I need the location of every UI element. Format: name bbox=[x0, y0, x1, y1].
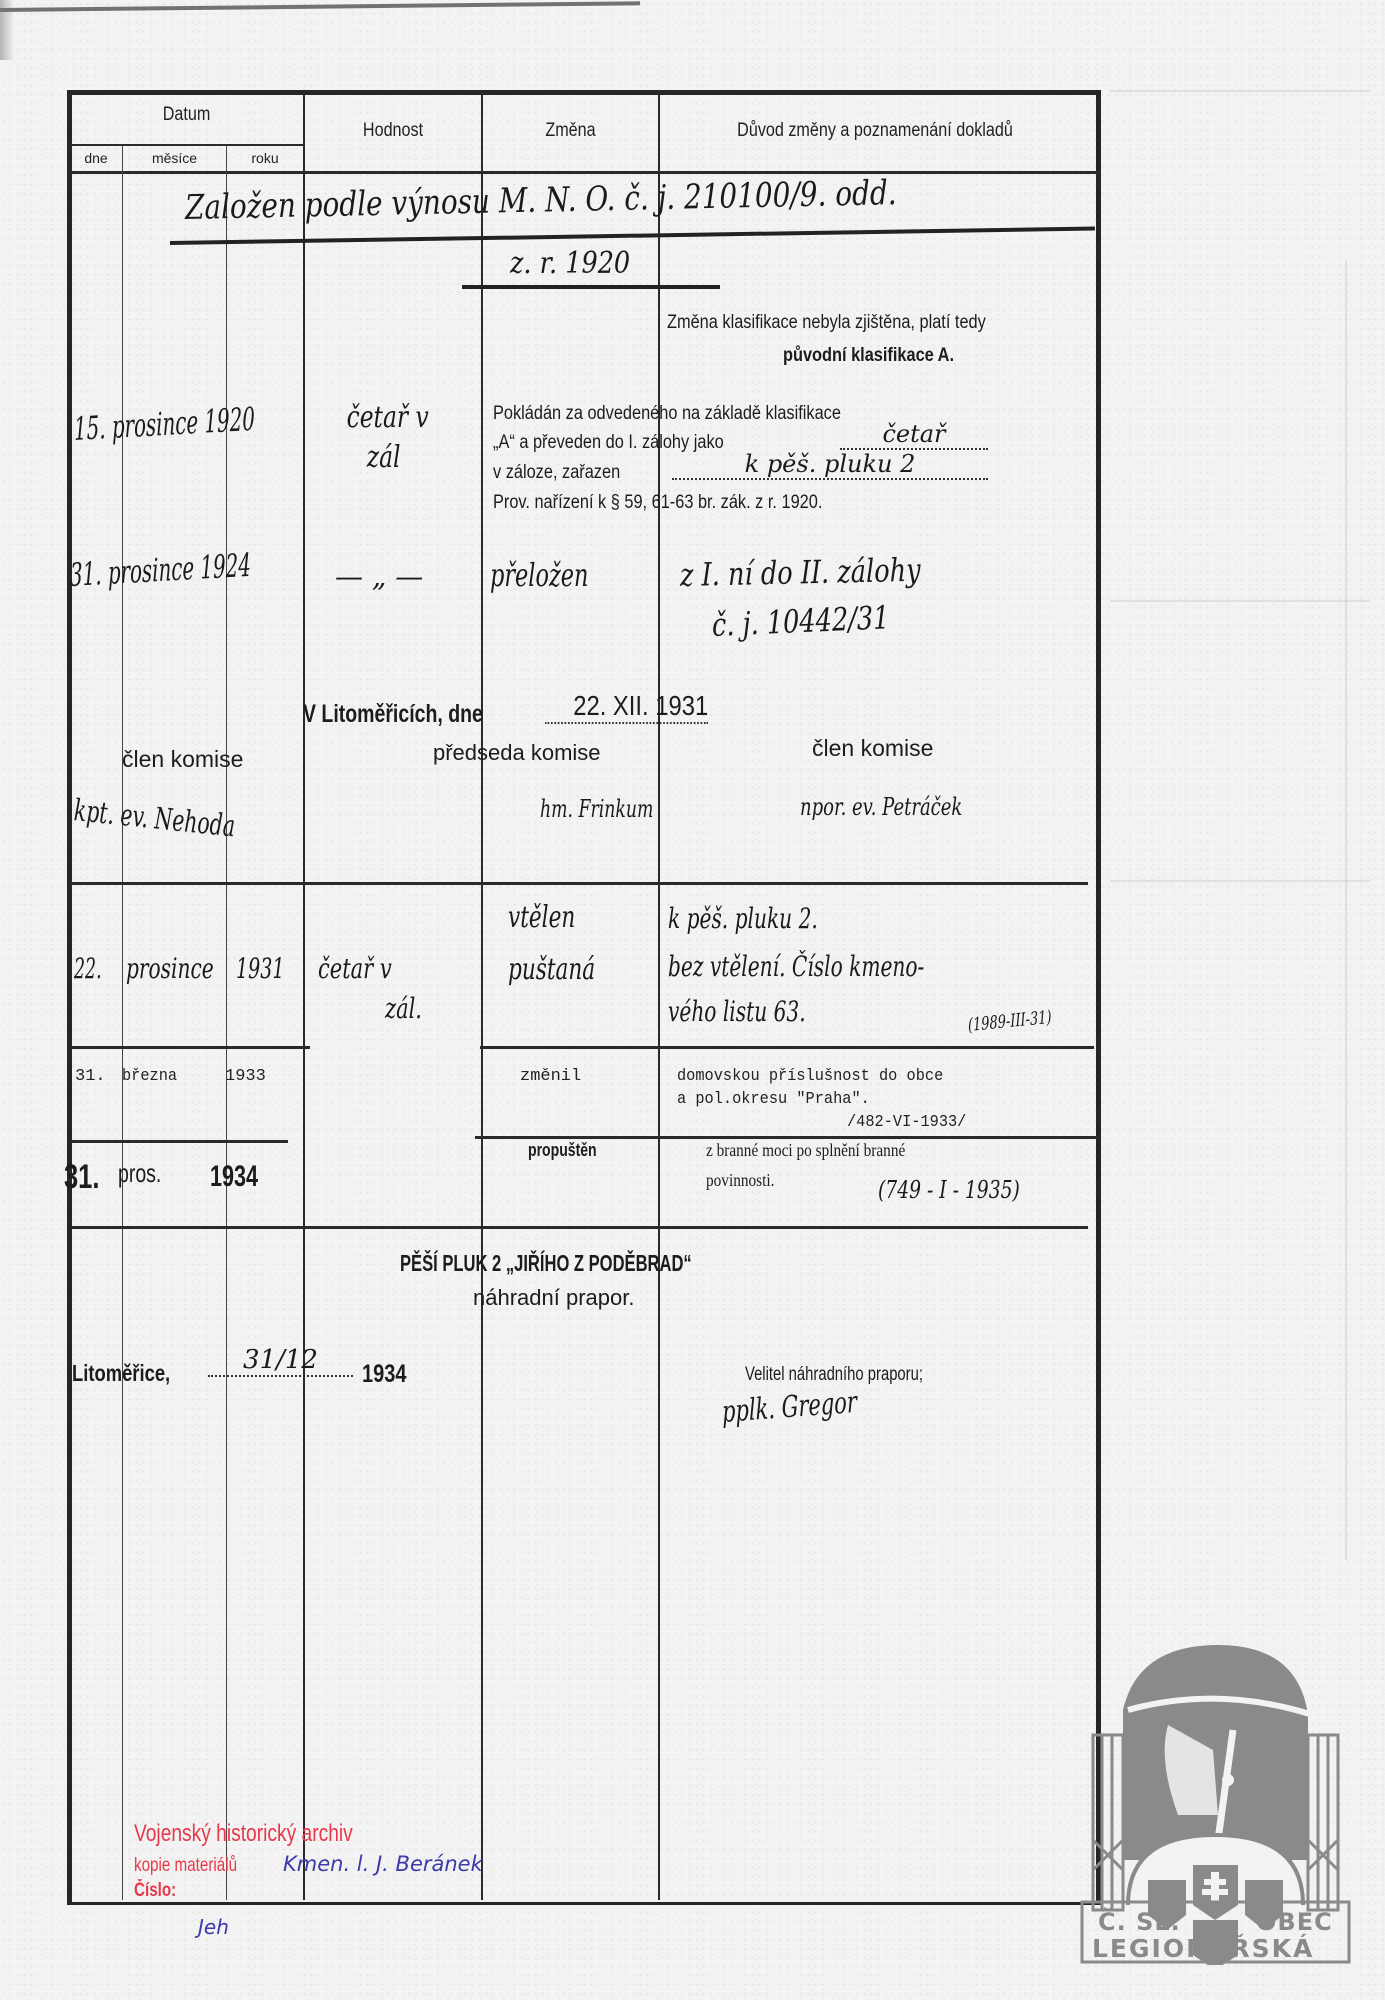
commander-label: Velitel náhradního praporu; bbox=[745, 1364, 923, 1386]
unit-stamp-line-2: náhradní prapor. bbox=[473, 1285, 634, 1311]
archive-stamp-material: Kmen. l. J. Beránek bbox=[283, 1852, 483, 1876]
row1-text-3: v záloze, zařazen bbox=[493, 462, 620, 484]
row4-reason-2: a pol.okresu "Praha". bbox=[677, 1090, 870, 1109]
row1-text-4: Prov. nařízení k § 59, 61-63 br. zák. z … bbox=[493, 492, 822, 514]
archive-stamp-initials: Jeh bbox=[198, 1915, 229, 1939]
row2-reason-2: č. j. 10442/31 bbox=[711, 598, 889, 644]
header-roku: roku bbox=[227, 150, 303, 166]
row1-unit-hand: k pěš. pluku 2 bbox=[672, 450, 988, 480]
col-divider-hodnost bbox=[481, 92, 483, 1900]
bleed-vline bbox=[1345, 260, 1347, 1560]
founded-year-underline bbox=[462, 285, 720, 289]
row5-date-month: pros. bbox=[118, 1158, 161, 1189]
commission-chairman-label: předseda komise bbox=[433, 740, 601, 766]
header-dne: dne bbox=[70, 150, 122, 166]
row2-reason-1: z I. ní do II. zálohy bbox=[680, 551, 921, 594]
row5-reason-2: povinnosti. bbox=[706, 1170, 774, 1191]
legion-logo: Č. SL. OBEC LEGIONÁŘSKÁ bbox=[1078, 1640, 1353, 1965]
col-divider-zmena bbox=[658, 92, 660, 1900]
row4-bottom-line-left bbox=[72, 1140, 288, 1143]
row3-rank-1: četař v bbox=[318, 952, 392, 985]
archive-stamp-line-2: kopie materiálů bbox=[134, 1855, 237, 1877]
commission-member-left-label: člen komise bbox=[122, 746, 243, 773]
row3-date-year: 1931 bbox=[236, 952, 284, 985]
header-datum: Datum bbox=[87, 104, 285, 126]
row5-reason-ref: (749 - I - 1935) bbox=[878, 1176, 1020, 1204]
row1-text-1: Pokládán za odvedeného na základě klasif… bbox=[493, 403, 841, 425]
archive-stamp-line-3: Číslo: bbox=[134, 1880, 176, 1902]
row5-reason-1: z branné moci po splnění branné bbox=[706, 1140, 905, 1161]
row3-reason-3: vého listu 63. bbox=[668, 995, 806, 1028]
unit-stamp-line-1: PĚŠÍ PLUK 2 „JIŘÍHO Z PODĚBRAD“ bbox=[400, 1250, 692, 1277]
logo-text-left: Č. SL. bbox=[1098, 1908, 1181, 1936]
row3-rank-2: zál. bbox=[385, 992, 422, 1025]
header-bottom-line bbox=[70, 171, 1098, 174]
bleed-line bbox=[1110, 600, 1370, 602]
row3-date-day: 22. bbox=[74, 952, 102, 985]
founded-year: z. r. 1920 bbox=[510, 246, 630, 281]
row3-bottom-line-left bbox=[70, 1046, 310, 1049]
header-duvod: Důvod změny a poznamenání dokladů bbox=[675, 120, 1075, 142]
classification-note-1: Změna klasifikace nebyla zjištěna, platí… bbox=[667, 312, 986, 334]
row3-change-2: puštaná bbox=[508, 952, 595, 987]
signature-chairman: hm. Frinkum bbox=[540, 795, 653, 823]
unit-stamp-date: 31/12 bbox=[208, 1345, 353, 1377]
header-hodnost: Hodnost bbox=[318, 120, 468, 142]
header-mesice: měsíce bbox=[123, 150, 226, 166]
page-top-edge bbox=[0, 1, 640, 12]
unit-stamp-place: Litoměřice, bbox=[72, 1360, 170, 1387]
row4-reason-1: domovskou příslušnost do obce bbox=[677, 1067, 943, 1086]
row1-rank-2: zál bbox=[367, 440, 401, 475]
row4-date-day: 31. bbox=[75, 1067, 106, 1086]
row3-date-month: prosince bbox=[126, 952, 214, 985]
row5-bottom-line bbox=[72, 1226, 1088, 1229]
unit-stamp-year: 1934 bbox=[362, 1360, 407, 1389]
commission-member-right-label: člen komise bbox=[812, 735, 933, 762]
datum-subheader-line bbox=[70, 144, 304, 146]
row4-reason-3: /482-VI-1933/ bbox=[847, 1113, 966, 1132]
row3-reason-2: bez vtělení. Číslo kmeno- bbox=[668, 950, 924, 983]
commission-bottom-line bbox=[70, 882, 1088, 885]
row2-rank-ditto: — „ — bbox=[335, 560, 423, 593]
row5-change: propuštěn bbox=[528, 1140, 597, 1161]
commission-place-label: V Litoměřicích, dne bbox=[303, 700, 483, 729]
page-corner-shadow bbox=[0, 0, 14, 60]
row1-rank-hand: četař bbox=[840, 420, 988, 450]
signature-right: npor. ev. Petráček bbox=[800, 793, 962, 821]
logo-text-right: OBEC bbox=[1256, 1908, 1333, 1936]
row2-change: přeložen bbox=[490, 556, 588, 594]
row4-date-month: března bbox=[122, 1067, 177, 1086]
row5-date-day: 31. bbox=[64, 1158, 99, 1197]
logo-text-bottom: LEGIONÁŘSKÁ bbox=[1092, 1934, 1314, 1963]
row3-bottom-line-right bbox=[480, 1046, 1094, 1049]
col-divider-roku bbox=[303, 92, 305, 1900]
row1-rank-1: četař v bbox=[347, 400, 429, 435]
classification-note-2: původní klasifikace A. bbox=[783, 345, 954, 367]
archive-stamp-line-1: Vojenský historický archiv bbox=[134, 1820, 353, 1848]
row4-bottom-line-right bbox=[475, 1136, 1098, 1139]
row4-date-year: 1933 bbox=[225, 1067, 266, 1086]
bleed-line bbox=[1110, 90, 1370, 92]
row3-change-1: vtělen bbox=[508, 900, 575, 935]
row5-date-year: 1934 bbox=[210, 1160, 258, 1194]
header-zmena: Změna bbox=[496, 120, 645, 142]
commission-date: 22. XII. 1931 bbox=[545, 690, 708, 724]
row4-change: změnil bbox=[520, 1067, 581, 1086]
bleed-line bbox=[1110, 880, 1370, 882]
bleed-text bbox=[340, 630, 350, 677]
row3-reason-1: k pěš. pluku 2. bbox=[668, 902, 818, 935]
